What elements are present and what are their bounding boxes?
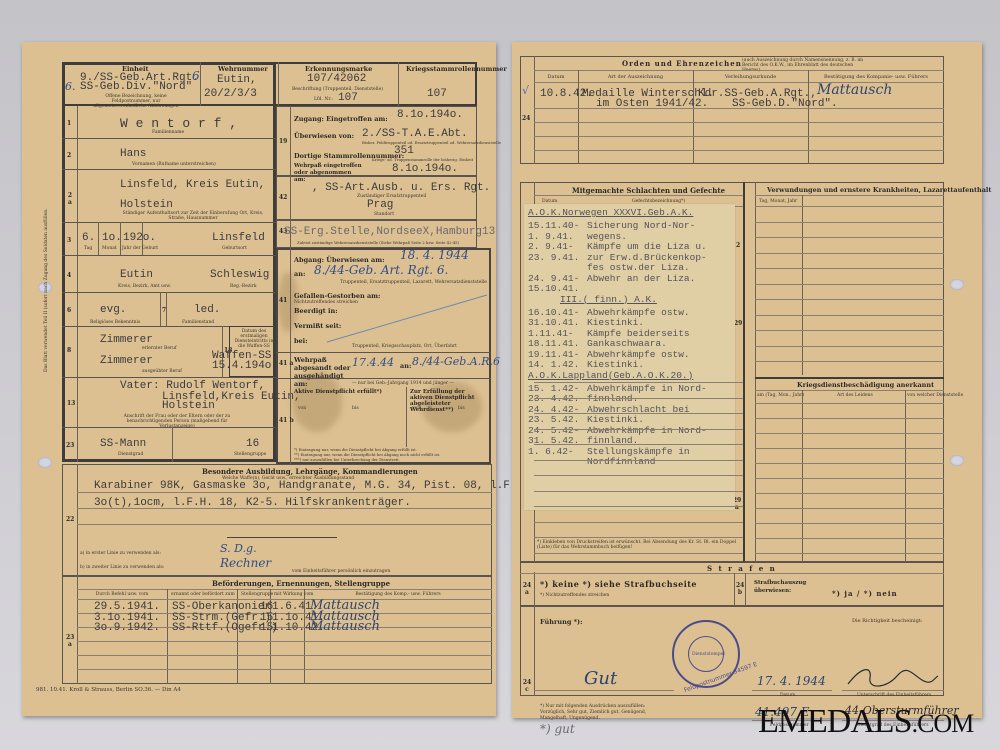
- battle-heading: III.( finn.) A.K.: [560, 294, 657, 305]
- standort-value: Prag: [367, 199, 393, 211]
- emedals-watermark: EMEDALS.COM: [758, 703, 973, 741]
- kriegsdienst-title: Kriegsdienstbeschädigung anerkannt: [797, 381, 934, 389]
- strafbuch-label: Strafbuchauszug überwiesen:: [754, 579, 814, 595]
- row-number: 1: [67, 120, 71, 127]
- religion-value: evg.: [100, 304, 126, 316]
- row-number: 24 a: [522, 582, 532, 596]
- familienname-value: W e n t o r f ,: [120, 116, 237, 131]
- von-label: von: [412, 406, 420, 411]
- row-number: 41 a: [279, 360, 293, 367]
- ergaenzung-label: Zuletzt zuständige Wehrersatzdienststell…: [297, 240, 459, 245]
- beruf-erlernt-label: erlernter Beruf: [142, 346, 177, 351]
- orden-col-header: Art der Auszeichnung: [580, 74, 691, 80]
- row-number: 8: [67, 347, 71, 354]
- battle-date: 16.10.41-: [528, 307, 579, 318]
- orden-col-header: Datum: [536, 74, 576, 80]
- check-mark: √: [522, 84, 529, 97]
- von-label: von: [298, 406, 306, 411]
- signature: [842, 664, 942, 690]
- battle-date: 14. 1.42.: [528, 359, 579, 370]
- row-number: 24 b: [736, 582, 744, 596]
- row-number: 2: [67, 152, 71, 159]
- stellengruppe-value: 16: [246, 438, 259, 450]
- strafen-title: S t r a f e n: [707, 564, 777, 573]
- familienname-label: Familienname: [152, 130, 184, 135]
- battle-date: 15.10.41.: [528, 283, 579, 294]
- wehrnummer-value: 20/2/3/3: [204, 88, 257, 100]
- geburtsort-value: Linsfeld: [212, 232, 265, 244]
- birth-month: 1o.: [102, 232, 122, 244]
- familienstand-value: led.: [194, 304, 220, 316]
- ueberwiesen-value: 2./SS-T.A.E.Abt.: [362, 128, 468, 140]
- row-number: 41 b: [279, 417, 294, 424]
- side-note: Das Blatt verwendet Teil II (sofort nach…: [44, 208, 49, 372]
- battle-date: 23. 5.42.: [528, 414, 579, 425]
- bis-label: bis: [352, 406, 359, 411]
- battle-text: Abwehrkämpfe in Nord-: [587, 425, 707, 436]
- beruf-erlernt: Zimmerer: [100, 334, 153, 346]
- kriegsstammrollen-value: 107: [427, 88, 447, 100]
- verwundungen-col-date: Tag, Monat, Jahr: [759, 199, 797, 204]
- row-number: 29: [734, 320, 742, 327]
- printer-footer: 981. 10.41. Kroll & Strauss, Berlin SO.3…: [36, 687, 181, 693]
- promotion-date: 3o.9.1942.: [94, 622, 160, 634]
- bis-label: bis: [458, 406, 465, 411]
- stammrolle-value: 351: [394, 145, 414, 157]
- schlachten-title: Mitgemachte Schlachten und Gefechte: [572, 186, 725, 195]
- lfd-nr-label: Lfd. Nr.:: [314, 97, 333, 102]
- row-number: 23 a: [66, 634, 74, 648]
- zugang-date: 8.1o.194o.: [397, 109, 463, 121]
- wehrpass-an-label: an:: [400, 362, 411, 370]
- row-number: 6: [67, 307, 71, 314]
- erkennungsmarke-value: 107/42062: [307, 73, 366, 85]
- battle-date: 23. 4.42.: [528, 393, 579, 404]
- religion-label: Religiöses Bekenntnis: [90, 320, 140, 325]
- battle-date: 24. 9.41-: [528, 273, 579, 284]
- strafbuch-value[interactable]: *) ja / *) nein: [832, 589, 898, 598]
- wehrpass-abgesandt-label: Wehrpaß abgesandt oder ausgehändigt am:: [294, 356, 354, 388]
- dienstantritt-label: Datum des erstmaligen Diensteintritts in…: [232, 329, 276, 349]
- battle-date: 18.11.41.: [528, 338, 579, 349]
- row-number: 13: [67, 400, 75, 407]
- battle-date: 23. 9.41.: [528, 252, 579, 263]
- row-number: 4: [67, 272, 71, 279]
- watermark-suffix: .COM: [912, 709, 974, 738]
- eltern-value: Holstein: [162, 400, 215, 412]
- beruf-ausgeuebt: Zimmerer: [100, 355, 153, 367]
- battle-heading: A.O.K.Norwegen XXXVI.Geb.A.K.: [528, 207, 693, 218]
- birth-day: 6.: [82, 232, 95, 244]
- watermark-main: EMEDALS: [758, 703, 912, 740]
- month-label: Monat: [102, 246, 117, 251]
- battle-text: Gankaschwaara.: [587, 338, 667, 349]
- verwendung-a-label: a) in erster Linie zu verwenden als:: [80, 551, 161, 556]
- wohnort-value: Linsfeld, Kreis Eutin,: [120, 179, 265, 191]
- dienstgrad-value: SS-Mann: [100, 438, 146, 450]
- befoerderungen-title: Beförderungen, Ernennungen, Stellengrupp…: [212, 579, 390, 588]
- orden-box: [520, 56, 944, 164]
- orden-urkunde: SS-Geb.D."Nord".: [732, 98, 838, 110]
- wehrnummer-label: Wehrnummer: [218, 65, 268, 73]
- befoerderungen-col-header: Bestätigung des Komp.- usw. Führers: [308, 592, 488, 597]
- befoerderungen-col-header: Stellengruppe: [241, 592, 266, 597]
- wohnort-value: Holstein: [120, 199, 173, 211]
- battle-text: Kämpfe beiderseits: [587, 328, 690, 339]
- eltern-label: Anschrift der Frau oder der Eltern oder …: [112, 414, 242, 429]
- erfuellung-label: Zur Erfüllung der aktiven Dienstpflicht …: [410, 389, 488, 413]
- datum-label: Datum: [780, 693, 795, 698]
- row-number: 22: [66, 516, 74, 523]
- stammrolle-note: Kriegs- od. Truppenstammrolle der bisher…: [372, 157, 473, 162]
- verwendung-note: vom Einheitsführer persönlich einzutrage…: [292, 569, 390, 574]
- battle-text: Sicherung Nord-Nor-: [587, 220, 695, 231]
- battle-date: 1. 6.42-: [528, 446, 574, 457]
- battle-text: fes ostw.der Liza.: [587, 262, 690, 273]
- battle-date: 2. 9.41-: [528, 241, 574, 252]
- ausbildung-line: 3o(t),1ocm, l.F.H. 18, K2-5. Hilfskranke…: [94, 497, 411, 509]
- row-number: 7: [162, 307, 166, 314]
- row-number: 42: [279, 194, 287, 201]
- schlachten-footnote: *) Einkleben von Druckstreifen ist erwün…: [537, 540, 737, 550]
- vorname-value: Hans: [120, 148, 146, 160]
- battle-date: 1. 9.41.: [528, 231, 574, 242]
- battle-date: 15.11.40-: [528, 220, 579, 231]
- kreis-value: Eutin: [120, 269, 153, 281]
- einheit-handwritten: 6: [192, 69, 200, 83]
- battle-heading: A.O.K.Lappland(Geb.A.O.K.20.): [528, 370, 693, 381]
- battle-text: Nordfinnland: [587, 456, 655, 467]
- einheit-note: Offene Bezeichnung, keine Feldpostnummer…: [86, 94, 186, 109]
- battle-text: Abwehr an der Liza.: [587, 273, 695, 284]
- richtigkeit-label: Die Richtigkeit bescheinigt:: [852, 618, 923, 624]
- left-page: Das Blatt verwendet Teil II (sofort nach…: [22, 42, 496, 716]
- an-value: 8./44-Geb. Art. Rgt. 6.: [314, 263, 448, 277]
- official-stamp: Dienststempel Feldpostnummer 34597 E: [672, 620, 740, 688]
- battle-text: Stellungskämpfe in: [587, 446, 690, 457]
- datum-value: 17. 4. 1944: [757, 674, 826, 688]
- strike-line: [322, 292, 492, 347]
- vorname-label: Vornamen (Rufname unterstreichen): [132, 162, 216, 167]
- battle-date: 19.11.41-: [528, 349, 579, 360]
- orden-col-header: Bestätigung des Kompanie- usw. Führers: [810, 74, 942, 80]
- ausbildung-title: Besondere Ausbildung, Lehrgänge, Kommand…: [202, 467, 418, 476]
- regbezirk-label: Reg.-Bezirk: [230, 284, 257, 289]
- kriegsdienst-col-stelle: von welcher Dienststelle: [907, 393, 963, 398]
- kreis-label: Kreis, Bezirk, Amt usw.: [118, 284, 171, 289]
- ueberwiesen-label: Überwiesen von:: [294, 132, 354, 140]
- jahrgang-note: — nur bei Geb.-Jahrgang 1914 und jünger …: [352, 381, 454, 386]
- regbezirk-value: Schleswig: [210, 269, 269, 281]
- row-number: 24 c: [522, 679, 532, 693]
- stellengruppe-label: Stellengruppe: [234, 452, 266, 457]
- verwendung-a-value: S. D.g.: [220, 542, 257, 555]
- verwendung-b-value: Rechner: [220, 556, 271, 570]
- orden-col-header: Verleihungsurkunde: [695, 74, 806, 80]
- verwundungen-title: Verwundungen und ernstere Krankheiten, L…: [767, 186, 991, 194]
- strafen-keine[interactable]: *) keine *) siehe Strafbuchseite: [540, 579, 697, 589]
- battle-date: 15. 1.42-: [528, 383, 579, 394]
- row-number: 24: [522, 115, 530, 122]
- verwendung-b-label: b) in zweiter Linie zu verwenden als:: [80, 565, 164, 570]
- dienstantritt-value: 15.4.194o.: [212, 360, 278, 372]
- aktive-label: Aktive Dienstpflicht erfüllt*): [294, 389, 382, 395]
- an-note: Truppenteil, Ersatztruppenteil, Lazarett…: [340, 280, 487, 285]
- familienstand-label: Familienstand: [182, 320, 214, 325]
- promotion-signature: Mattausch: [310, 619, 380, 634]
- row-number: 2 a: [66, 192, 74, 206]
- battle-text: Abwehrkämpfe in Nord-: [587, 383, 707, 394]
- battle-date: 1.11.41-: [528, 328, 574, 339]
- wehrpass-an-value: 8./44-Geb.A.R.6: [412, 355, 500, 368]
- row-number: 19: [279, 138, 287, 145]
- day-label: Tag: [84, 246, 92, 251]
- battle-text: Kiestinki.: [587, 414, 644, 425]
- lfd-nr-value: 107: [338, 92, 358, 104]
- battle-text: Abwehrkämpfe ostw.: [587, 307, 690, 318]
- fuehrung-label: Führung *):: [540, 618, 583, 626]
- battle-date: 31.10.41.: [528, 317, 579, 328]
- ergaenzung-value: SS-Erg.Stelle,NordseeX,Hamburg13: [284, 226, 495, 238]
- wehrpass-date: 8.1o.194o.: [392, 163, 458, 175]
- battle-text: Kiestinki.: [587, 317, 644, 328]
- punch-hole: [38, 457, 52, 468]
- row-number: 23: [66, 442, 74, 449]
- dienstgrad-label: Dienstgrad: [118, 452, 143, 457]
- standort-label: Standort: [374, 212, 394, 217]
- strafen-note: *) Nichtzutreffendes streichen: [540, 593, 609, 598]
- punch-hole: [950, 279, 964, 290]
- margin-note: *) gut: [540, 722, 575, 736]
- stamp-label: Dienststempel: [692, 652, 725, 657]
- battle-text: wegens.: [587, 231, 627, 242]
- ueberwiesen-note: Bisher. Feldtruppenteil od. Ersatztruppe…: [362, 140, 501, 145]
- battle-text: finnland.: [587, 393, 638, 404]
- battle-text: Kämpfe um die Liza u.: [587, 241, 707, 252]
- ausbildung-line: Karabiner 98K, Gasmaske 3o, Handgranate,…: [94, 480, 530, 492]
- kriegsdienst-col-date: am (Tag, Mon., Jahr): [757, 393, 804, 398]
- battle-text: zur Erw.d.Brückenkop-: [587, 252, 707, 263]
- orden-award: im Osten 1941/42.: [596, 98, 708, 110]
- birth-year: 192o.: [123, 232, 156, 244]
- battle-slip: A.O.K.Norwegen XXXVI.Geb.A.K.15.11.40-Si…: [524, 204, 735, 510]
- right-page: 24 Orden und Ehrenzeichen (auch Auszeich…: [512, 42, 982, 718]
- fuehrung-note: *) Nur mit folgenden Ausdrücken auszufül…: [540, 704, 660, 722]
- year-label: Jahr der Geburt: [122, 246, 158, 251]
- wehrnummer-value: Eutin,: [217, 74, 257, 86]
- wohnort-label: Ständiger Aufenthaltsort zur Zeit der Ei…: [118, 211, 268, 221]
- punch-hole: [950, 455, 964, 466]
- kriegsdienst-col-art: Art des Leidens: [837, 393, 873, 398]
- an-label: an:: [294, 270, 305, 278]
- fuehrung-value: Gut: [584, 668, 617, 689]
- row-number: 41: [279, 297, 287, 304]
- abgang-date: 18. 4. 1944: [400, 248, 469, 262]
- unterschrift-label: Unterschrift des Einheitsführers: [857, 693, 931, 698]
- erkennungsmarke-label: Erkennungsmarke: [305, 65, 372, 73]
- zugang-label: Zugang: Eingetroffen am:: [294, 115, 388, 123]
- battle-text: Kiestinki.: [587, 359, 644, 370]
- befoerderungen-col-header: ernannt oder befördert zum: [171, 592, 233, 597]
- befoerderungen-col-header: mit Wirkung vom: [274, 592, 300, 597]
- abgang-footnote: ***) nur auszufüllen bei Unterbrechung d…: [294, 457, 400, 462]
- einheit-value: SS-Geb.Div."Nord": [80, 81, 192, 93]
- row-number: 3: [67, 237, 71, 244]
- orden-signature: Mattausch: [817, 82, 892, 98]
- bei-label: bei:: [294, 337, 308, 345]
- befoerderungen-col-header: Durch Befehl usw. vom: [81, 592, 163, 597]
- einheit-handwritten: 6.: [65, 80, 76, 93]
- orden-title: Orden und Ehrenzeichen: [622, 59, 742, 68]
- battle-text: Abwehrkämpfe ostw.: [587, 349, 690, 360]
- wehrpass-abgesandt-date: 17.4.44: [352, 356, 394, 369]
- geburtsort-label: Geburtsort: [222, 246, 247, 251]
- ersatz-value: , SS-Art.Ausb. u. Ers. Rgt.: [312, 182, 490, 194]
- kriegsstammrollen-label: Kriegsstammrollennummer: [406, 65, 474, 73]
- beruf-ausgeuebt-label: ausgeübter Beruf: [142, 369, 182, 374]
- battle-date: 24. 5.42-: [528, 425, 579, 436]
